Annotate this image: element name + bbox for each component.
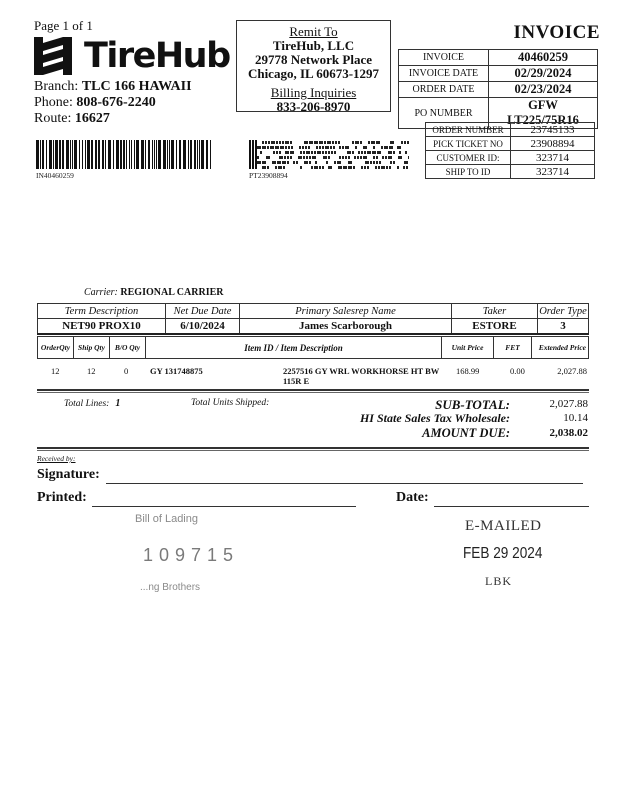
carrier-value: REGIONAL CARRIER	[120, 287, 223, 298]
invoice-row: INVOICE40460259	[399, 50, 598, 66]
received-by-label: Received by:	[37, 454, 76, 463]
amount-due-label: AMOUNT DUE:	[422, 426, 510, 441]
route-value: 16627	[75, 111, 110, 126]
header-net-due: Net Due Date	[166, 304, 240, 319]
order-row: SHIP TO ID323714	[426, 165, 595, 179]
brand-name: TireHub	[84, 37, 230, 75]
order-row: PICK TICKET NO23908894	[426, 137, 595, 151]
line-bo-qty: 0	[124, 366, 128, 376]
line-unit-price: 168.99	[456, 366, 479, 376]
field-value: 02/29/2024	[489, 66, 598, 82]
header-salesrep: Primary Salesrep Name	[240, 304, 452, 319]
order-type-value: 3	[538, 319, 589, 334]
date-line[interactable]	[434, 506, 589, 507]
remit-address-1: 29778 Network Place	[237, 53, 390, 67]
remit-name: TireHub, LLC	[237, 39, 390, 53]
salesrep-value: James Scarborough	[240, 319, 452, 334]
route-label: Route:	[34, 111, 71, 126]
items-header-table: OrderQty Ship Qty B/O Qty Item ID / Item…	[37, 336, 589, 359]
divider	[37, 389, 589, 393]
carrier-label: Carrier:	[84, 287, 118, 298]
tax-label: HI State Sales Tax Wholesale:	[360, 411, 510, 426]
invoice-barcode-caption: IN40460259	[36, 171, 74, 180]
invoice-title: INVOICE	[513, 22, 600, 44]
total-units-label: Total Units Shipped:	[191, 398, 269, 408]
divider	[37, 447, 589, 451]
signature-line[interactable]	[106, 483, 583, 484]
line-fet: 0.00	[510, 366, 525, 376]
branch-label: Branch:	[34, 79, 78, 94]
line-ship-qty: 12	[87, 366, 96, 376]
emailed-stamp-initials: LBK	[485, 574, 512, 589]
signature-label: Signature:	[37, 467, 100, 483]
total-lines: Total Lines:1	[64, 398, 120, 409]
amount-due-value: 2,038.02	[550, 427, 589, 439]
order-info-table: ORDER NUMBER23745133 PICK TICKET NO23908…	[425, 122, 595, 179]
taker-value: ESTORE	[452, 319, 538, 334]
bill-of-lading-number: 109715	[143, 545, 239, 566]
line-item-description: 2257516 GY WRL WORKHORSE HT BW 115R E	[283, 366, 443, 386]
header-taker: Taker	[452, 304, 538, 319]
order-row: CUSTOMER ID:323714	[426, 151, 595, 165]
carrier: Carrier: REGIONAL CARRIER	[84, 287, 223, 298]
line-order-qty: 12	[51, 366, 60, 376]
branch-value: TLC 166 HAWAII	[82, 79, 192, 94]
order-row: ORDER NUMBER23745133	[426, 123, 595, 137]
invoice-barcode	[36, 140, 212, 169]
col-extended-price: Extended Price	[532, 337, 589, 359]
col-order-qty: OrderQty	[38, 337, 74, 359]
field-label: INVOICE	[399, 50, 489, 66]
field-label: ORDER DATE	[399, 82, 489, 98]
col-bo-qty: B/O Qty	[110, 337, 146, 359]
term-value: NET90 PROX10	[38, 319, 166, 334]
field-label: CUSTOMER ID:	[426, 151, 511, 165]
field-value: 23745133	[511, 123, 595, 137]
col-unit-price: Unit Price	[442, 337, 494, 359]
company-logo: TireHub	[34, 37, 230, 75]
tax-value: 10.14	[563, 412, 588, 424]
invoice-info-table: INVOICE40460259 INVOICE DATE02/29/2024 O…	[398, 49, 598, 129]
col-ship-qty: Ship Qty	[74, 337, 110, 359]
field-value: 02/23/2024	[489, 82, 598, 98]
remit-to-box: Remit To TireHub, LLC 29778 Network Plac…	[236, 20, 391, 112]
tirehub-logo-icon	[34, 37, 72, 75]
subtotal-value: 2,027.88	[550, 398, 589, 410]
remit-heading: Remit To	[237, 25, 390, 39]
field-label: ORDER NUMBER	[426, 123, 511, 137]
total-lines-value: 1	[115, 398, 120, 409]
branch-info: Branch: TLC 166 HAWAII Phone: 808-676-22…	[34, 79, 192, 127]
emailed-stamp: E-MAILED	[465, 518, 541, 535]
invoice-row: ORDER DATE02/23/2024	[399, 82, 598, 98]
terms-table: Term Description Net Due Date Primary Sa…	[37, 303, 589, 335]
phone-label: Phone:	[34, 95, 73, 110]
field-label: SHIP TO ID	[426, 165, 511, 179]
field-value: 323714	[511, 165, 595, 179]
pick-ticket-barcode-caption: PT23908894	[249, 171, 288, 180]
header-term: Term Description	[38, 304, 166, 319]
field-label: PICK TICKET NO	[426, 137, 511, 151]
emailed-stamp-date: FEB 29 2024	[463, 545, 542, 563]
pick-ticket-barcode	[249, 140, 409, 169]
billing-heading: Billing Inquiries	[237, 86, 390, 100]
header-order-type: Order Type	[538, 304, 589, 319]
printed-name-line[interactable]	[92, 506, 356, 507]
col-item: Item ID / Item Description	[146, 337, 442, 359]
field-value: 323714	[511, 151, 595, 165]
remit-address-2: Chicago, IL 60673-1297	[237, 67, 390, 81]
field-value: 40460259	[489, 50, 598, 66]
printed-label: Printed:	[37, 490, 87, 506]
field-value: 23908894	[511, 137, 595, 151]
total-lines-label: Total Lines:	[64, 399, 109, 409]
line-item-id: GY 131748875	[150, 366, 203, 376]
bill-of-lading-stamp-label: Bill of Lading	[135, 513, 198, 525]
line-extended-price: 2,027.88	[557, 366, 587, 376]
field-label: INVOICE DATE	[399, 66, 489, 82]
invoice-row: INVOICE DATE02/29/2024	[399, 66, 598, 82]
col-fet: FET	[494, 337, 532, 359]
page-number: Page 1 of 1	[34, 18, 93, 34]
bill-of-lading-company: ...ng Brothers	[140, 582, 200, 593]
billing-phone: 833-206-8970	[237, 100, 390, 114]
net-due-value: 6/10/2024	[166, 319, 240, 334]
phone-value: 808-676-2240	[76, 95, 155, 110]
date-label: Date:	[396, 490, 429, 506]
